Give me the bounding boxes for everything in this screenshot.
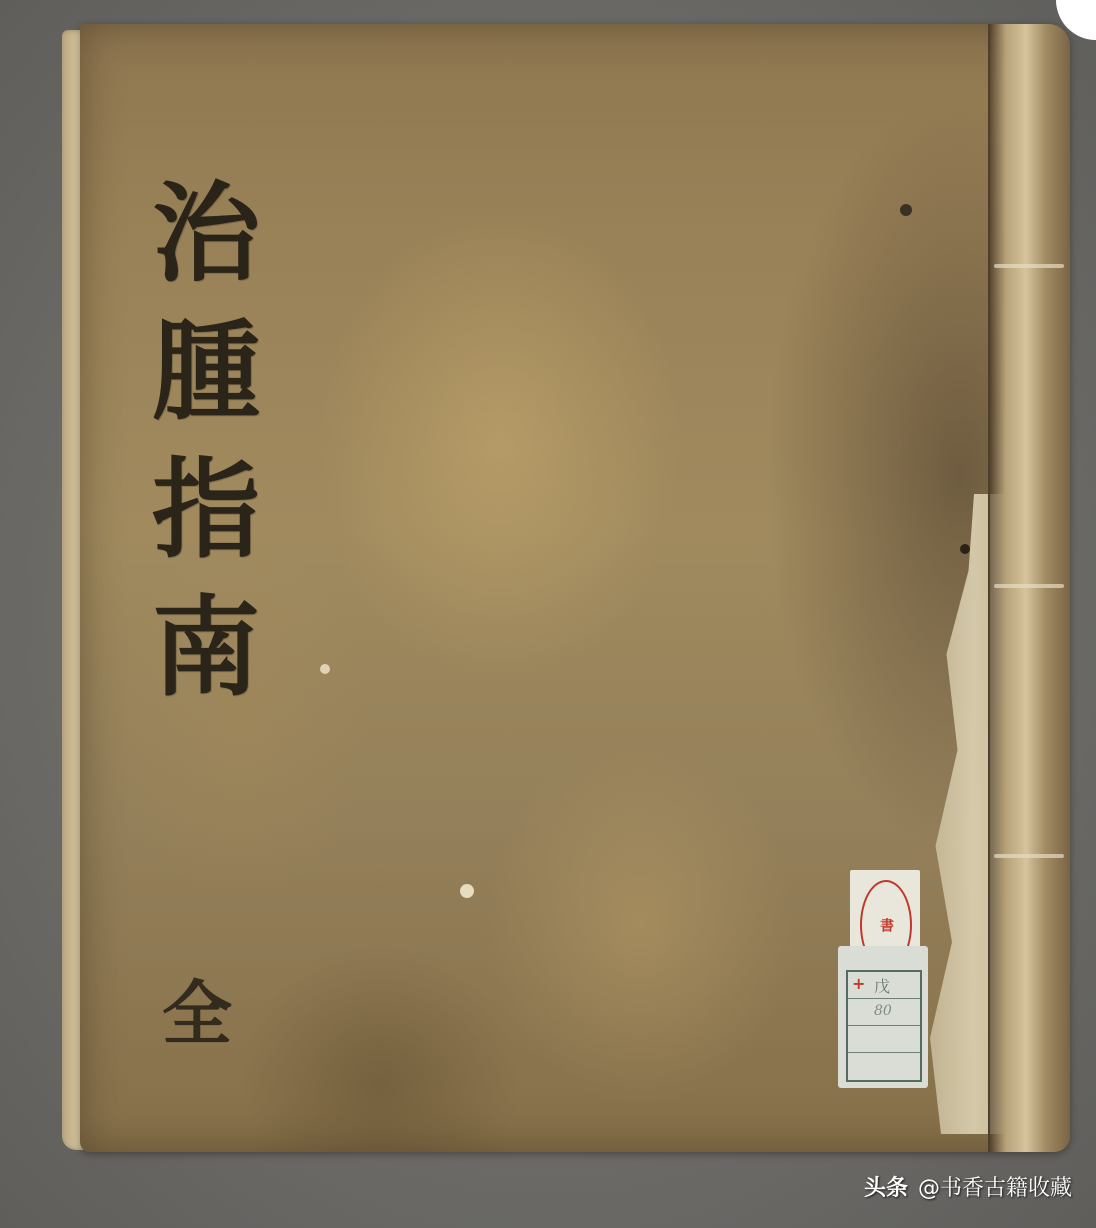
- title-char: 治: [152, 174, 260, 294]
- call-number-frame: + 戊 80: [846, 970, 922, 1082]
- wear-spot: [320, 664, 330, 674]
- call-number-label: + 戊 80: [838, 946, 928, 1088]
- watermark: 头条 @书香古籍收藏: [864, 1171, 1072, 1202]
- call-number: 80: [874, 1003, 892, 1019]
- red-mark: +: [852, 974, 865, 993]
- stain-spot: [900, 204, 912, 216]
- binding-thread: [994, 264, 1064, 268]
- platform-name: 头条: [864, 1171, 908, 1202]
- book: 治 腫 指 南 全 書 + 戊 80: [62, 24, 1072, 1154]
- book-title: 治 腫 指 南: [152, 174, 260, 708]
- title-char: 指: [152, 450, 260, 570]
- binding-thread: [994, 584, 1064, 588]
- volume-mark: 全: [162, 974, 232, 1054]
- account-handle: @书香古籍收藏: [918, 1171, 1072, 1202]
- title-char: 南: [152, 588, 260, 708]
- binding-thread: [994, 854, 1064, 858]
- book-cover: 治 腫 指 南 全 書 + 戊 80: [80, 24, 1070, 1152]
- title-char: 腫: [152, 312, 260, 432]
- call-character: 戊: [874, 974, 890, 997]
- wear-spot: [460, 884, 474, 898]
- stain-spot: [960, 544, 970, 554]
- book-spine: [988, 24, 1070, 1152]
